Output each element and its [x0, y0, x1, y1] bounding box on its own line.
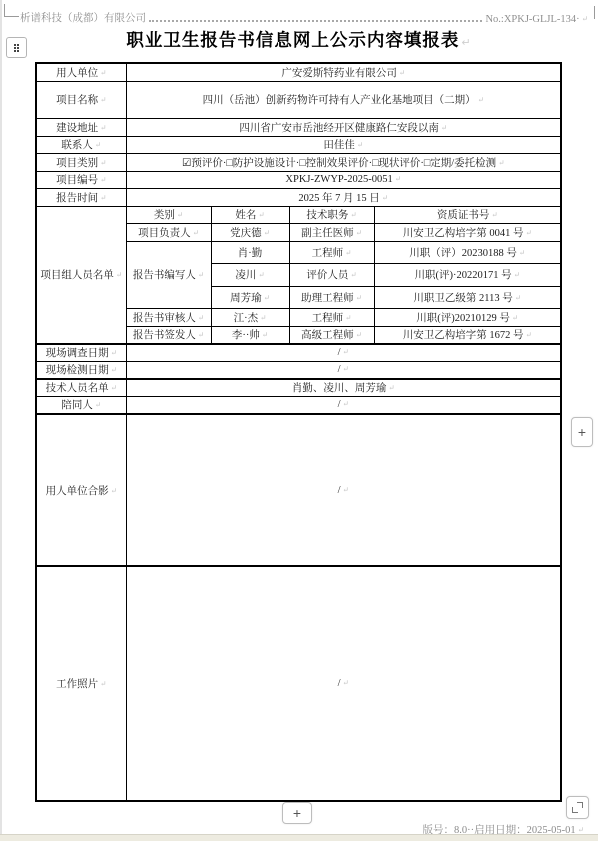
group-photo-row: 用人单位合影 /	[36, 414, 561, 566]
column-header: 姓名	[211, 206, 289, 223]
dot-leader	[149, 20, 482, 22]
person-title[interactable]: 评价人员	[289, 263, 374, 286]
work-photo-cell[interactable]: /	[126, 566, 561, 801]
person-name[interactable]: 党庆德	[211, 223, 289, 241]
table-row: 项目名称 四川（岳池）创新药物许可持有人产业化基地项目（二期）	[36, 81, 561, 118]
person-cert[interactable]: 川职(评)20210129 号	[374, 308, 561, 326]
person-title[interactable]: 高级工程师	[289, 326, 374, 344]
personnel-header-row: 项目组人员名单 类别 姓名 技术职务 资质证书号	[36, 206, 561, 223]
table-row: 项目类别 ☑预评价·□防护设施设计·□控制效果评价·□现状评价·□定期/委托检测	[36, 153, 561, 171]
row-label: 技术人员名单	[36, 379, 126, 396]
table-row: 陪同人 /	[36, 396, 561, 414]
table-row: 报告时间 2025 年 7 月 15 日	[36, 188, 561, 206]
person-title[interactable]: 副主任医师	[289, 223, 374, 241]
table-row: 技术人员名单 肖勤、凌川、周芳瑜	[36, 379, 561, 396]
page-left-edge	[0, 0, 2, 841]
row-label: 现场调查日期	[36, 344, 126, 361]
row-value[interactable]: 2025 年 7 月 15 日	[126, 188, 561, 206]
person-title[interactable]: 工程师	[289, 241, 374, 263]
table-row: 项目编号 XPKJ-ZWYP-2025-0051	[36, 171, 561, 188]
row-label: 报告时间	[36, 188, 126, 206]
person-category[interactable]: 报告书审核人	[126, 308, 211, 326]
table-row: 联系人 田佳佳	[36, 136, 561, 153]
person-category[interactable]: 报告书编写人	[126, 241, 211, 308]
row-label: 陪同人	[36, 396, 126, 414]
row-value[interactable]: 广安爱斯特药业有限公司	[126, 63, 561, 81]
table-row: 建设地址 四川省广安市岳池经开区健康路仁安段以南	[36, 118, 561, 136]
table-row: 现场检测日期 /	[36, 361, 561, 379]
row-value[interactable]: 四川（岳池）创新药物许可持有人产业化基地项目（二期）	[126, 81, 561, 118]
table-row: 现场调查日期 /	[36, 344, 561, 361]
person-name[interactable]: 江·杰	[211, 308, 289, 326]
row-value[interactable]: 四川省广安市岳池经开区健康路仁安段以南	[126, 118, 561, 136]
person-cert[interactable]: 川安卫乙构培字第 0041 号	[374, 223, 561, 241]
person-name[interactable]: 凌川	[211, 263, 289, 286]
column-header: 技术职务	[289, 206, 374, 223]
row-label: 项目类别	[36, 153, 126, 171]
insert-row-bottom-button[interactable]: +	[282, 802, 312, 824]
person-cert[interactable]: 川安卫乙构培字第 1672 号	[374, 326, 561, 344]
margin-crop-mark	[594, 6, 595, 19]
work-photo-row: 工作照片 /	[36, 566, 561, 801]
row-label: 建设地址	[36, 118, 126, 136]
row-label: 联系人	[36, 136, 126, 153]
table-row: 用人单位 广安爱斯特药业有限公司	[36, 63, 561, 81]
row-label: 现场检测日期	[36, 361, 126, 379]
person-name[interactable]: 李··帅	[211, 326, 289, 344]
column-header: 类别	[126, 206, 211, 223]
row-value[interactable]: 田佳佳	[126, 136, 561, 153]
column-header: 资质证书号	[374, 206, 561, 223]
person-cert[interactable]: 川职（评）20230188 号	[374, 241, 561, 263]
row-value[interactable]: /	[126, 361, 561, 379]
row-label: 项目编号	[36, 171, 126, 188]
person-category[interactable]: 项目负责人	[126, 223, 211, 241]
person-category[interactable]: 报告书签发人	[126, 326, 211, 344]
document-header: 析谱科技（成都）有限公司 No.:XPKJ-GLJL-134·	[20, 10, 588, 25]
row-value[interactable]: /	[126, 396, 561, 414]
window-bottom-strip	[0, 834, 598, 841]
header-company: 析谱科技（成都）有限公司	[20, 10, 146, 25]
person-title[interactable]: 工程师	[289, 308, 374, 326]
expand-icon[interactable]	[566, 796, 589, 819]
row-label: 工作照片	[36, 566, 126, 801]
project-category-checkboxes[interactable]: ☑预评价·□防护设施设计·□控制效果评价·□现状评价·□定期/委托检测	[126, 153, 561, 171]
header-doc-number: No.:XPKJ-GLJL-134·	[485, 14, 588, 25]
row-label: 用人单位合影	[36, 414, 126, 566]
group-photo-cell[interactable]: /	[126, 414, 561, 566]
person-title[interactable]: 助理工程师	[289, 286, 374, 308]
row-label: 项目名称	[36, 81, 126, 118]
person-cert[interactable]: 川职(评)·20220171 号	[374, 263, 561, 286]
page-title: 职业卫生报告书信息网上公示内容填报表	[0, 27, 598, 52]
margin-crop-mark	[4, 16, 19, 17]
row-value[interactable]: 肖勤、凌川、周芳瑜	[126, 379, 561, 396]
report-form-table: 用人单位 广安爱斯特药业有限公司 项目名称 四川（岳池）创新药物许可持有人产业化…	[35, 62, 562, 802]
row-label: 用人单位	[36, 63, 126, 81]
expand-corner	[572, 807, 578, 813]
person-name[interactable]: 周芳瑜	[211, 286, 289, 308]
personnel-section-label: 项目组人员名单	[36, 206, 126, 344]
person-cert[interactable]: 川职卫乙级第 2113 号	[374, 286, 561, 308]
row-value[interactable]: /	[126, 344, 561, 361]
row-value[interactable]: XPKJ-ZWYP-2025-0051	[126, 171, 561, 188]
insert-row-side-button[interactable]: +	[571, 417, 593, 447]
person-name[interactable]: 肖·勤	[211, 241, 289, 263]
